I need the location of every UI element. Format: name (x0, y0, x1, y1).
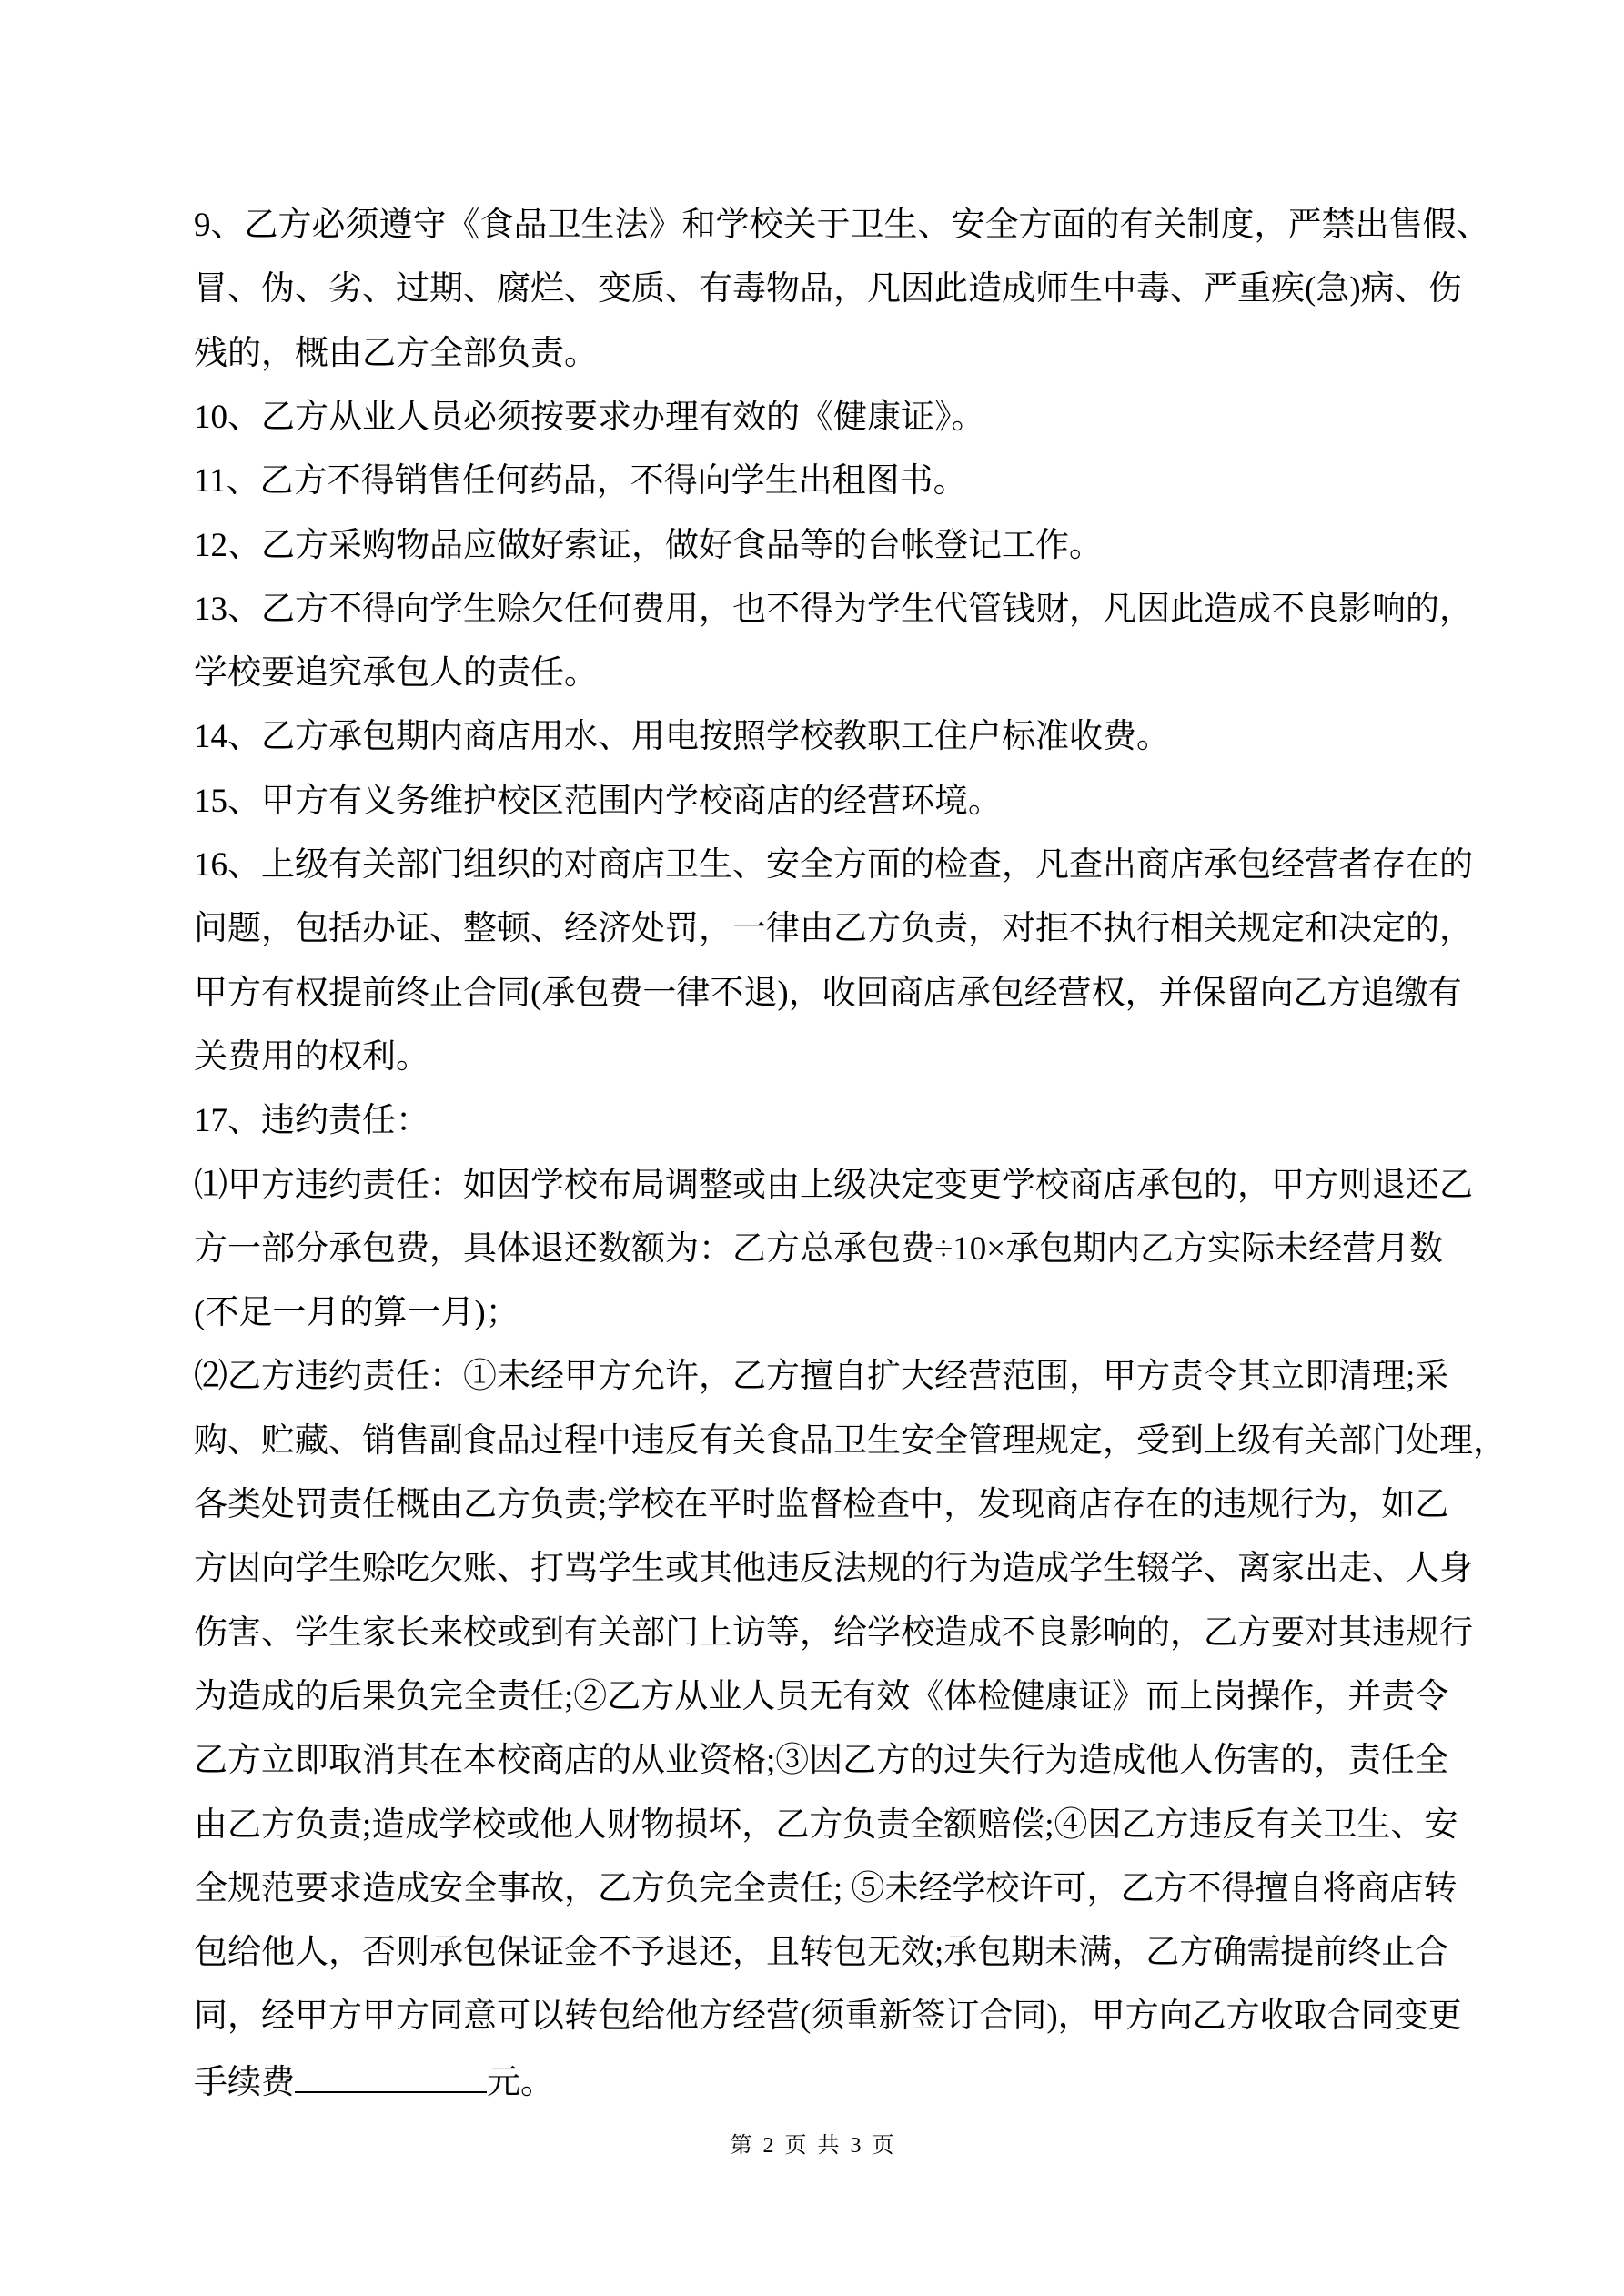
text-line: 9、乙方必须遵守《食品卫生法》和学校关于卫生、安全方面的有关制度，严禁出售假、 (194, 205, 1431, 247)
text-line: 同，经甲方甲方同意可以转包给他方经营(须重新签订合同)，甲方向乙方收取合同变更 (194, 1996, 1431, 2038)
text-line: 16、上级有关部门组织的对商店卫生、安全方面的检查，凡查出商店承包经营者存在的 (194, 845, 1431, 886)
text-line: 伤害、学生家长来校或到有关部门上访等，给学校造成不良影响的，乙方要对其违规行 (194, 1613, 1431, 1654)
text-line: 问题，包括办证、整顿、经济处罚，一律由乙方负责，对拒不执行相关规定和决定的， (194, 908, 1431, 950)
fee-prefix: 手续费 (194, 2064, 295, 2101)
text-line: 10、乙方从业人员必须按要求办理有效的《健康证》。 (194, 397, 1431, 439)
final-line-fee: 手续费元。 (194, 2060, 1431, 2102)
text-line: ⑵乙方违约责任：①未经甲方允许，乙方擅自扩大经营范围，甲方责令其立即清理;采 (194, 1356, 1431, 1398)
text-line: ⑴甲方违约责任：如因学校布局调整或由上级决定变更学校商店承包的，甲方则退还乙 (194, 1165, 1431, 1207)
text-line: 17、违约责任： (194, 1100, 1431, 1142)
text-line: 14、乙方承包期内商店用水、用电按照学校教职工住户标准收费。 (194, 716, 1431, 758)
text-line: 方一部分承包费，具体退还数额为：乙方总承包费÷10×承包期内乙方实际未经营月数 (194, 1229, 1431, 1270)
text-line: 购、贮藏、销售副食品过程中违反有关食品卫生安全管理规定，受到上级有关部门处理， (194, 1421, 1431, 1462)
text-line: 13、乙方不得向学生赊欠任何费用，也不得为学生代管钱财，凡因此造成不良影响的， (194, 589, 1431, 631)
text-line: 全规范要求造成安全事故，乙方负完全责任; ⑤未经学校许可，乙方不得擅自将商店转 (194, 1868, 1431, 1910)
text-line: 为造成的后果负完全责任;②乙方从业人员无有效《体检健康证》而上岗操作，并责令 (194, 1676, 1431, 1718)
fee-suffix: 元。 (487, 2064, 554, 2101)
text-line: 由乙方负责;造成学校或他人财物损坏，乙方负责全额赔偿;④因乙方违反有关卫生、安 (194, 1805, 1431, 1846)
text-line: 包给他人，否则承包保证金不予退还，且转包无效;承包期未满，乙方确需提前终止合 (194, 1932, 1431, 1974)
text-line: 冒、伪、劣、过期、腐烂、变质、有毒物品，凡因此造成师生中毒、严重疾(急)病、伤 (194, 268, 1431, 310)
text-line: 残的，概由乙方全部负责。 (194, 333, 1431, 375)
text-line: 15、甲方有义务维护校区范围内学校商店的经营环境。 (194, 781, 1431, 823)
text-line: 各类处罚责任概由乙方负责;学校在平时监督检查中，发现商店存在的违规行为，如乙 (194, 1484, 1431, 1526)
fee-amount-blank (295, 2060, 487, 2093)
text-line: 关费用的权利。 (194, 1037, 1431, 1078)
text-line: 甲方有权提前终止合同(承包费一律不退)，收回商店承包经营权，并保留向乙方追缴有 (194, 973, 1431, 1015)
document-page: 9、乙方必须遵守《食品卫生法》和学校关于卫生、安全方面的有关制度，严禁出售假、冒… (0, 0, 1624, 2296)
text-line: 12、乙方采购物品应做好索证，做好食品等的台帐登记工作。 (194, 525, 1431, 567)
text-line: (不足一月的算一月)； (194, 1292, 1431, 1334)
text-line: 方因向学生赊吃欠账、打骂学生或其他违反法规的行为造成学生辍学、离家出走、人身 (194, 1548, 1431, 1590)
page-footer: 第 2 页 共 3 页 (0, 2132, 1624, 2159)
text-line: 乙方立即取消其在本校商店的从业资格;③因乙方的过失行为造成他人伤害的，责任全 (194, 1740, 1431, 1782)
text-line: 11、乙方不得销售任何药品，不得向学生出租图书。 (194, 460, 1431, 502)
text-line: 学校要追究承包人的责任。 (194, 652, 1431, 694)
